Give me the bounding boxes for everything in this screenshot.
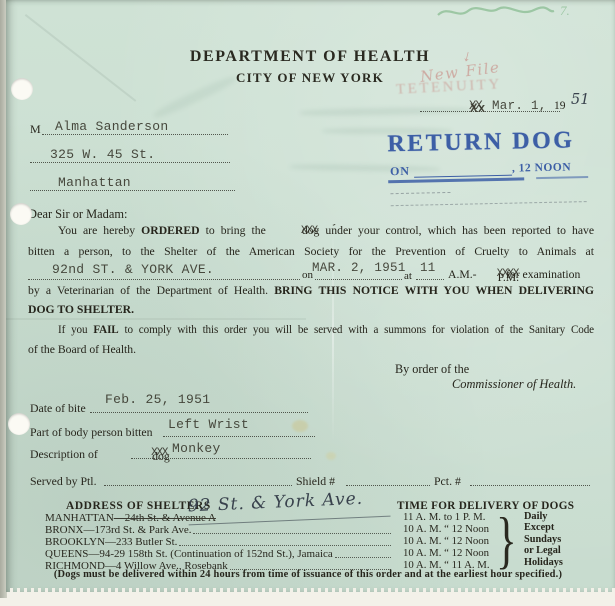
- warning-line-2: of the Board of Health.: [28, 343, 136, 356]
- part-bitten-rule: [163, 423, 315, 437]
- order-l1a: You are hereby: [58, 224, 135, 237]
- perforated-edge: [6, 588, 615, 593]
- date-of-bite-label: Date of bite: [30, 401, 86, 416]
- pct-label: Pct. #: [434, 474, 461, 489]
- order-line-5: DOG TO SHELTER.: [28, 303, 134, 316]
- dateline-written-year: 51: [571, 92, 589, 108]
- addressee-street: 325 W. 45 St.: [50, 147, 155, 162]
- commissioner-label: Commissioner of Health.: [452, 377, 576, 392]
- stamp-short-underline: [536, 176, 588, 179]
- leader-dots: [335, 557, 391, 558]
- punch-hole: [11, 78, 33, 100]
- warning-l1a: If you: [58, 324, 87, 336]
- daily-note-line: Holidays: [524, 557, 563, 568]
- description-rule: [131, 445, 311, 459]
- order-line-2: bitten a person, to the Shelter of the A…: [28, 245, 594, 262]
- footnote: (Dogs must be delivered within 24 hours …: [28, 569, 588, 580]
- time-row: 10 A. M. “ 12 Noon: [403, 547, 489, 559]
- stamp-on-label: ON: [390, 164, 410, 179]
- page-subtitle: CITY OF NEW YORK: [60, 70, 560, 86]
- order-l4b-bold: BRING THIS NOTICE WITH YOU WHEN DELIVERI…: [274, 284, 594, 297]
- brace-glyph: }: [496, 504, 517, 577]
- time-row: 10 A. M. “ 12 Noon: [403, 535, 489, 547]
- page-title: DEPARTMENT OF HEALTH: [60, 48, 560, 66]
- punch-hole: [8, 413, 30, 435]
- time-row: 11 A. M. to 1 P. M.: [403, 511, 485, 523]
- pencil-dash-line: [390, 188, 450, 194]
- order-line-1: You are hereby ORDERED to bring the dogX…: [28, 224, 594, 241]
- salutation: Dear Sir or Madam:: [28, 207, 127, 222]
- pct-rule: [470, 472, 590, 486]
- description-label: Description of: [30, 447, 98, 462]
- order-l1c: to bring the: [206, 224, 266, 237]
- addressee-prefix: M: [30, 122, 41, 137]
- punch-hole: [10, 203, 32, 225]
- return-dog-stamp: RETURN DOG ON , 12 NOON: [387, 127, 603, 213]
- daily-note-line: Daily: [524, 511, 563, 522]
- by-order-label: By order of the: [395, 362, 469, 377]
- typed-order-date: MAR. 2, 1951: [312, 261, 406, 275]
- served-by-rule: [104, 472, 292, 486]
- stamp-time-label: , 12 NOON: [512, 161, 571, 174]
- at-label: at: [404, 270, 412, 282]
- green-note-text: 7.: [560, 3, 570, 19]
- typed-monkey: monkey: [266, 224, 339, 227]
- order-l1b-ordered: ORDERED: [141, 224, 199, 237]
- date-of-bite-rule: [90, 399, 308, 413]
- addressee-name: Alma Sanderson: [55, 119, 168, 134]
- green-pencil-scribble: 7.: [436, 1, 586, 23]
- shield-label: Shield #: [296, 474, 335, 489]
- paper-stain: [326, 452, 336, 460]
- am-label: A.M.-: [448, 268, 477, 281]
- typed-location: 92nd ST. & YORK AVE.: [52, 262, 214, 277]
- order-l1d: under your control, which has been repor…: [325, 224, 594, 237]
- dateline-typed-date: Mar. 1,: [492, 99, 547, 113]
- warning-l1c: to comply with this order you will be se…: [124, 324, 594, 336]
- daily-note-line: Sundays: [524, 534, 563, 545]
- typed-hour: 11: [420, 261, 436, 275]
- order-line-4: by a Veterinarian of the Department of H…: [28, 284, 594, 301]
- daily-note: Daily Except Sundays or Legal Holidays: [524, 511, 563, 568]
- shield-rule: [346, 472, 430, 486]
- warning-line-1: If you FAIL to comply with this order yo…: [28, 324, 594, 341]
- time-row: 10 A. M. “ 12 Noon: [403, 523, 489, 535]
- dateline-strike-overlay: XX: [469, 99, 482, 113]
- pencil-dash-line: [391, 197, 587, 206]
- leader-dots: [193, 533, 391, 534]
- warning-l1b-fail: FAIL: [93, 324, 118, 336]
- exam-label: for examination: [506, 268, 580, 281]
- served-by-label: Served by Ptl.: [30, 474, 97, 489]
- addressee-city: Manhattan: [58, 175, 131, 190]
- dateline-preprinted-year: 19: [554, 100, 566, 112]
- dateline-struck-chars: Xx XX: [470, 99, 486, 117]
- part-bitten-label: Part of body person bitten: [30, 425, 153, 440]
- daily-note-line: or Legal: [524, 545, 563, 556]
- order-l4a: by a Veterinarian of the Department of H…: [28, 284, 268, 297]
- stamp-title: RETURN DOG: [387, 127, 575, 158]
- daily-note-line: Except: [524, 522, 563, 533]
- leader-dots: [179, 545, 391, 546]
- struck-word-dog: dogXXXmonkey: [272, 224, 320, 237]
- stamp-fill-line: [414, 163, 512, 178]
